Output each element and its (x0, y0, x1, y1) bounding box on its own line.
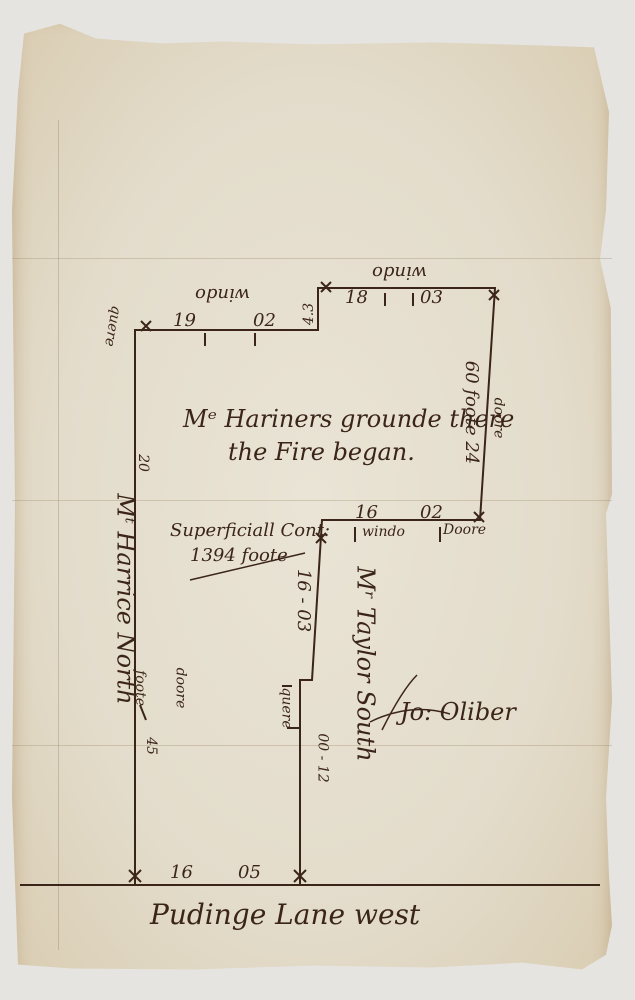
measure-bottom-inches: 05 (238, 862, 261, 883)
plot-outline (0, 0, 635, 1000)
quere-annotation-inner: quere (279, 687, 295, 728)
measure-left-upper: 20 (135, 454, 151, 472)
measure-top-left-inches: 02 (253, 310, 276, 331)
doore-annotation: Doore (443, 522, 486, 538)
area-line1: Superficiall Cont: (170, 520, 330, 541)
measure-left-lower: 45 (143, 737, 159, 755)
measure-step: 4.3 (301, 303, 317, 325)
measure-inner-step: 16 - 03 (293, 569, 314, 632)
measure-top-left-feet: 19 (173, 310, 196, 331)
measure-bottom-feet: 16 (170, 862, 193, 883)
measure-top-right-feet: 18 (345, 287, 368, 308)
measure-top-right-inches: 03 (420, 287, 443, 308)
street-label: Pudinge Lane west (150, 898, 420, 931)
plot-label-east: Mʳ Taylor South (352, 566, 380, 761)
measure-inner-top-inches: 02 (420, 502, 443, 523)
windo-annotation: windo (372, 262, 427, 283)
area-line2: 1394 foote (190, 545, 288, 566)
measure-left-foote: foote (132, 670, 148, 706)
signature: Jo: Oliber (400, 698, 516, 726)
plot-label-north-line2: the Fire began. (228, 438, 415, 466)
plot-label-north: Mᵉ Hariners grounde there (183, 405, 514, 433)
windo-annotation: windo (195, 284, 250, 305)
windo-annotation-inner: windo (362, 524, 405, 540)
measure-inner-top-feet: 16 (355, 502, 378, 523)
dorenc-annotation-left: doore (172, 668, 188, 709)
measure-inner-lower: 00 - 12 (315, 733, 331, 782)
